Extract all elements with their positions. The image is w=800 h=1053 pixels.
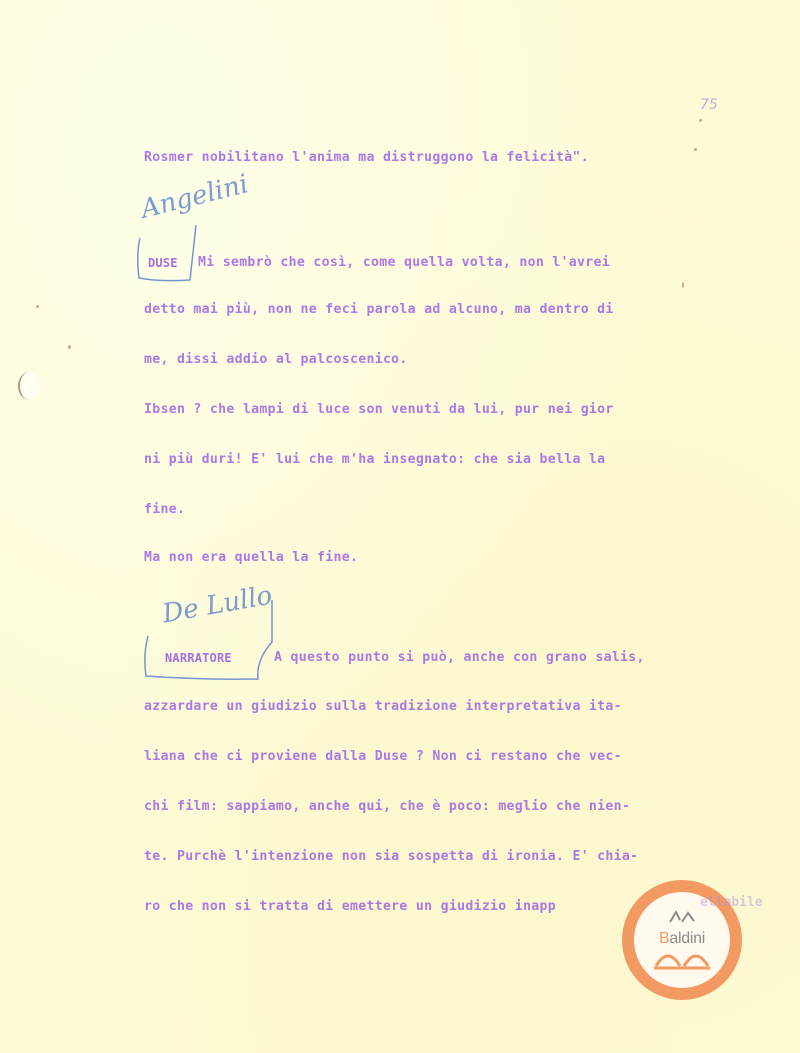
open-book-icon: [652, 948, 712, 970]
speaker-label-narratore: NARRATORE: [165, 651, 232, 665]
document-page: 75 Rosmer nobilitano l'anima ma distrugg…: [0, 0, 800, 1053]
speaker-label-duse: DUSE: [148, 256, 178, 270]
watermark-brand-rest: aldini: [669, 930, 705, 947]
punch-hole: [18, 372, 40, 400]
paper-stain: [68, 345, 71, 349]
text-line: Ma non era quella la fine.: [144, 550, 358, 565]
paper-stain: [699, 119, 702, 122]
text-line: me, dissi addio al palcoscenico.: [144, 352, 408, 367]
text-line: detto mai più, non ne feci parola ad alc…: [144, 302, 614, 317]
page-number: 75: [700, 97, 718, 113]
faded-text-under-watermark: ellabile: [700, 895, 763, 910]
text-line: Rosmer nobilitano l'anima ma distruggono…: [144, 150, 589, 165]
book-stack-icon: [662, 910, 702, 924]
handwritten-note-de-lullo: De Lullo: [160, 581, 274, 630]
text-line: ro che non si tratta di emettere un giud…: [144, 899, 556, 914]
text-line: A questo punto si può, anche con grano s…: [274, 650, 645, 665]
text-line: chi film: sappiamo, anche qui, che è poc…: [144, 799, 630, 814]
text-line: fine.: [144, 502, 185, 517]
text-line: liana che ci proviene dalla Duse ? Non c…: [144, 749, 622, 764]
text-line: te. Purchè l'intenzione non sia sospetta…: [144, 849, 638, 864]
paper-stain: [682, 282, 684, 288]
watermark-brand-initial: B: [659, 930, 669, 947]
text-line: Ibsen ? che lampi di luce son venuti da …: [144, 402, 614, 417]
text-line: azzardare un giudizio sulla tradizione i…: [144, 699, 622, 714]
watermark-brand-name: Baldini: [659, 930, 705, 948]
text-line: Mi sembrò che così, come quella volta, n…: [198, 255, 610, 270]
paper-stain: [694, 148, 697, 151]
handwritten-note-angelini: Angelini: [138, 169, 251, 225]
paper-stain: [36, 305, 39, 308]
text-line: ni più duri! E' lui che m'ha insegnato: …: [144, 452, 605, 467]
